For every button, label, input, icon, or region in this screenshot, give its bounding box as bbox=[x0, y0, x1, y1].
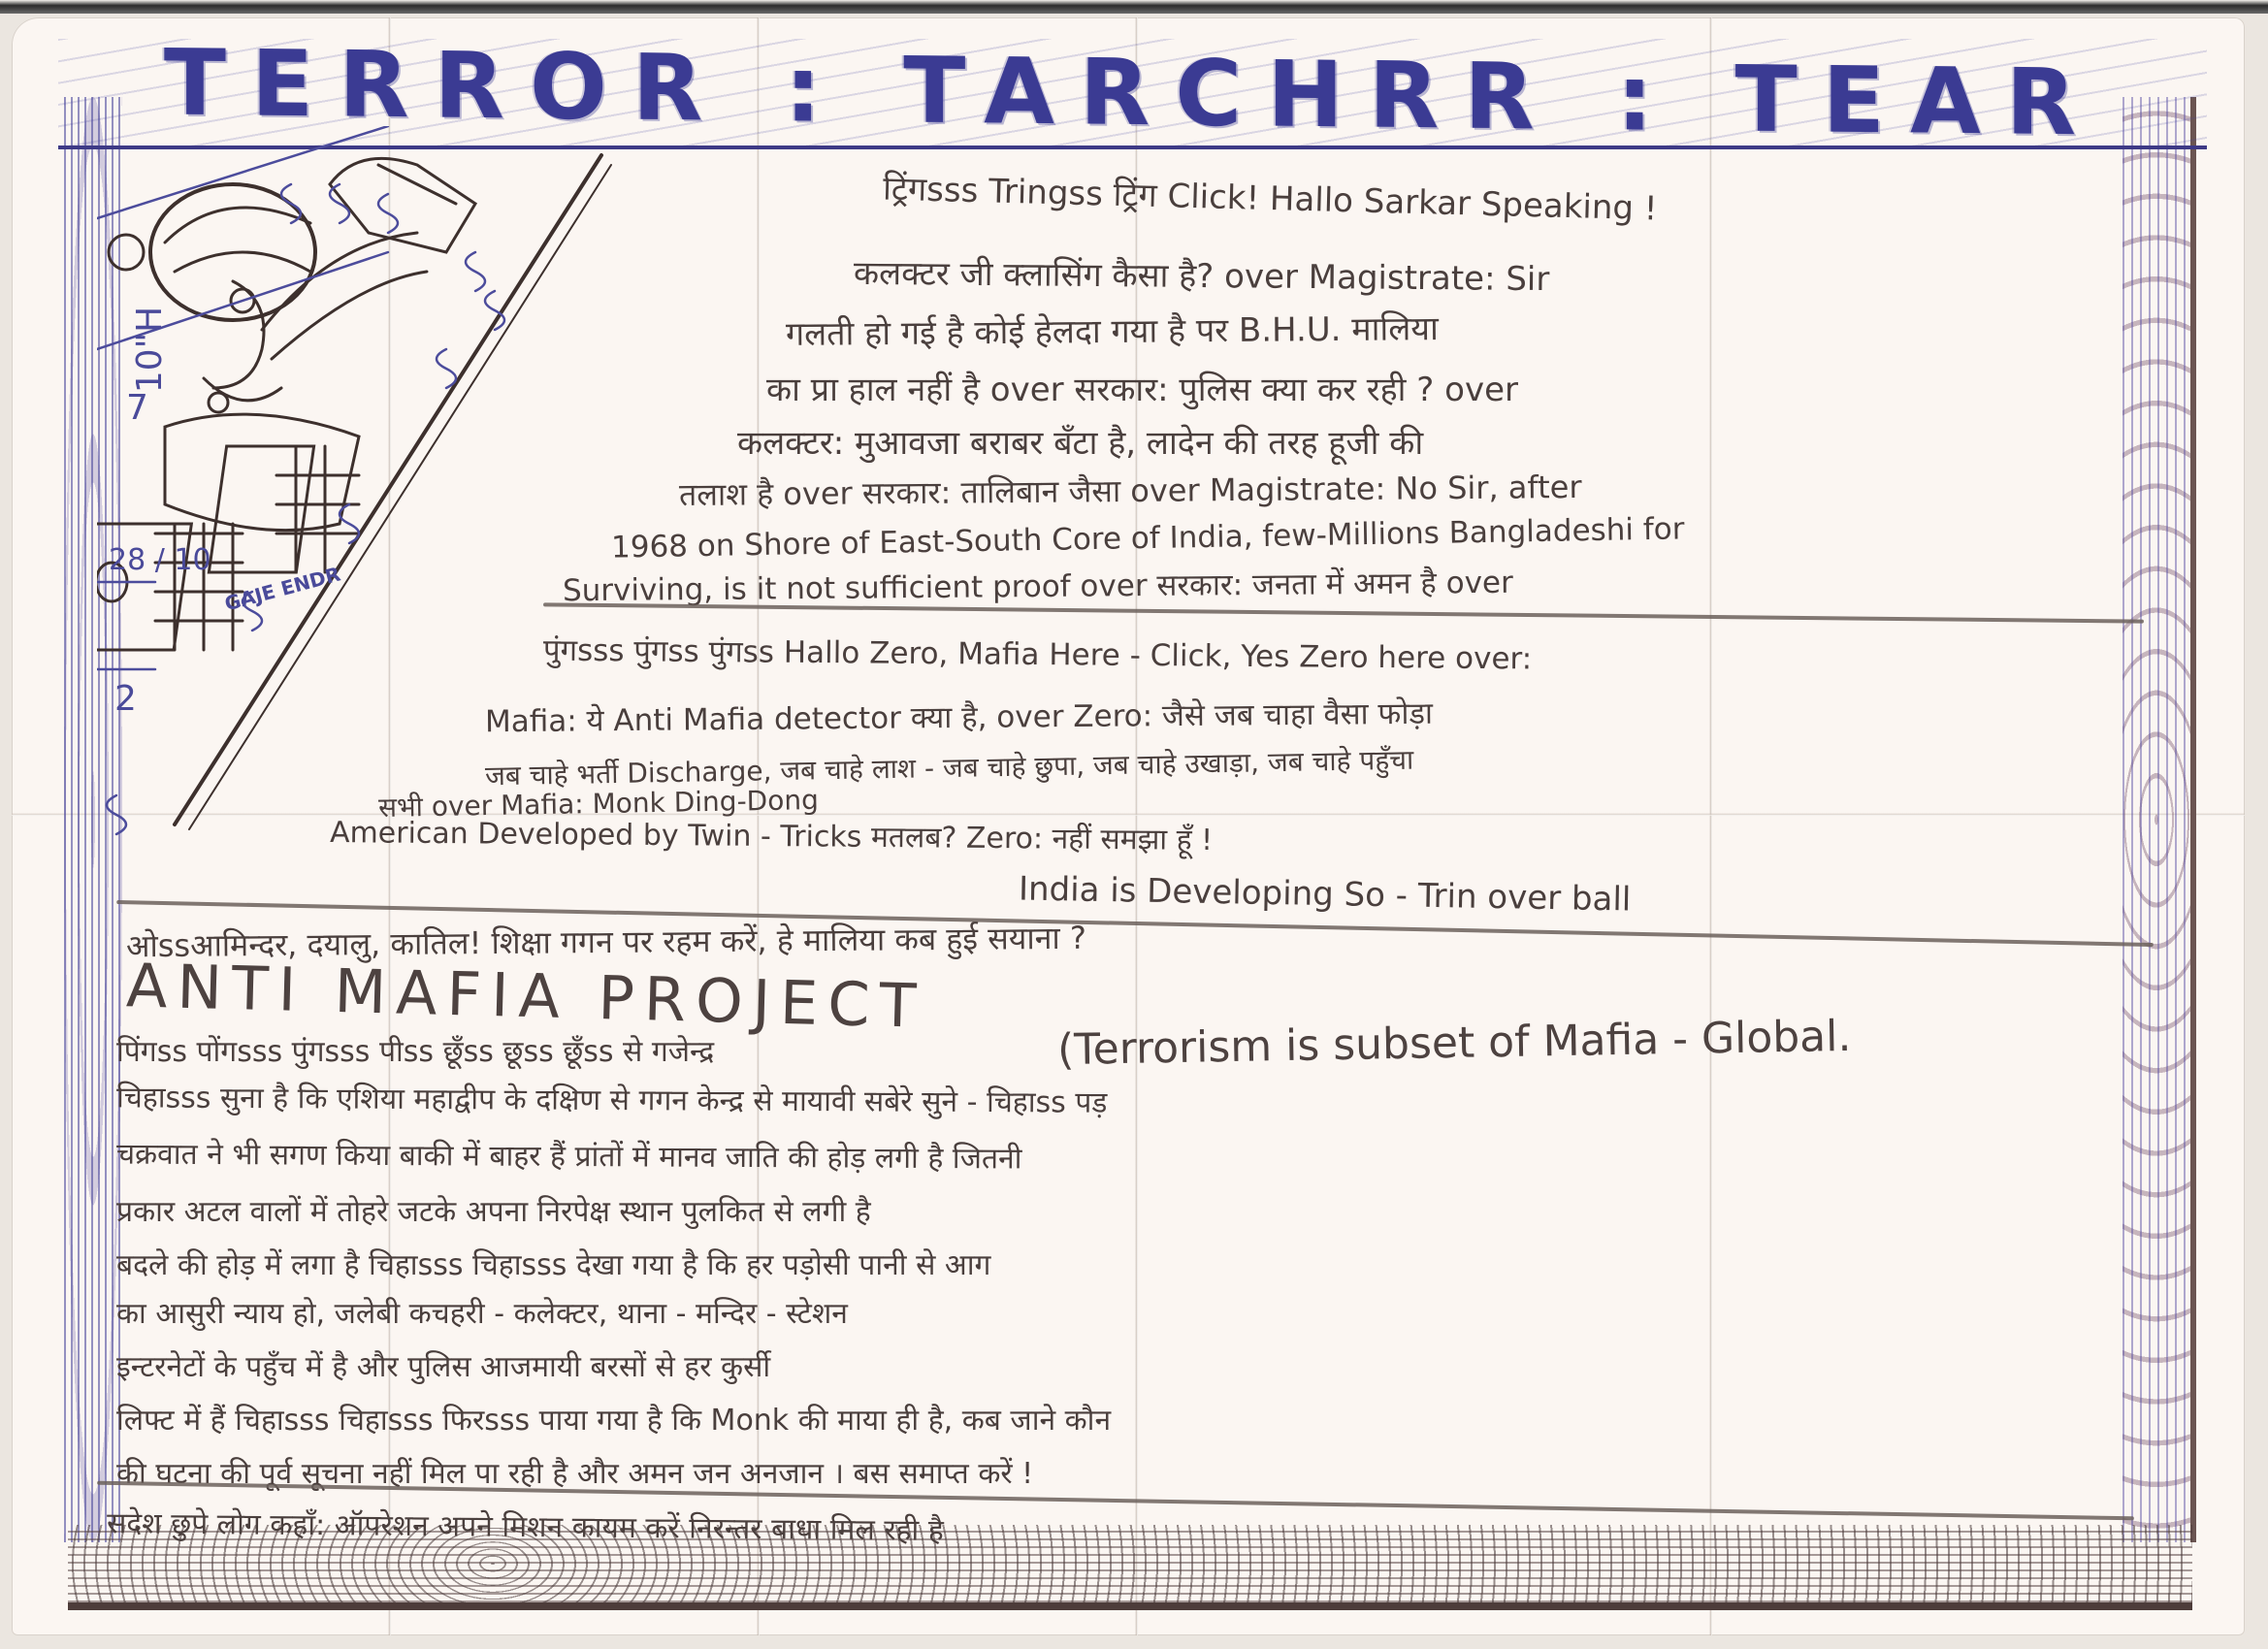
margin-note: 2 bbox=[114, 679, 137, 719]
text-line: कलक्टर: मुआवजा बराबर बँटा है, लादेन की त… bbox=[737, 427, 1423, 460]
text-line: लिफ्ट में हैं चिहाsss चिहाsss फिरsss पाय… bbox=[116, 1406, 1111, 1436]
margin-note: 7 bbox=[126, 388, 148, 428]
text-line: इन्टरनेटों के पहुँच में है और पुलिस आजमा… bbox=[116, 1353, 770, 1382]
text-line: Surviving, is it not sufficient proof ov… bbox=[563, 568, 1513, 607]
text-line: बदले की होड़ में लगा है चिहाsss चिहाsss … bbox=[116, 1251, 990, 1280]
fold-line bbox=[1709, 17, 1712, 1635]
scan-edge bbox=[0, 0, 2268, 14]
text-line: सदेश छुपे लोग कहाँ: ऑपरेशन अपने मिशन काय… bbox=[107, 1509, 944, 1546]
text-line: चक्रवात ने भी सगण किया बाकी में बाहर हैं… bbox=[116, 1141, 1022, 1175]
text-line: कलक्टर जी क्लासिंग कैसा है? over Magistr… bbox=[854, 257, 1550, 296]
text-line: गलती हो गई है कोई हेलदा गया है पर B.H.U.… bbox=[786, 312, 1439, 351]
text-line: India is Developing So - Trin over ball bbox=[1019, 872, 1632, 916]
text-line: पिंगss पोंगsss पुंगsss पीss छूँss छूss छ… bbox=[116, 1038, 714, 1067]
text-line: Mafia: ये Anti Mafia detector क्या है, o… bbox=[485, 699, 1433, 738]
margin-note: 10"H bbox=[130, 307, 170, 393]
text-line: चिहाsss सुना है कि एशिया महाद्वीप के दक्… bbox=[116, 1083, 1108, 1117]
margin-note: 28 / 10 bbox=[109, 543, 211, 577]
text-line: पुंगsss पुंगss पुंगss Hallo Zero, Mafia … bbox=[543, 636, 1532, 675]
text-line: American Developed by Twin - Tricks मतलब… bbox=[330, 819, 1213, 856]
text-line: प्रकार अटल वालों में तोहरे जटके अपना निर… bbox=[116, 1198, 871, 1227]
text-line: तलाश है over सरकार: तालिबान जैसा over Ma… bbox=[679, 471, 1582, 510]
text-line: का प्रा हाल नहीं है over सरकार: पुलिस क्… bbox=[766, 373, 1518, 406]
text-line: का आसुरी न्याय हो, जलेबी कचहरी - कलेक्टर… bbox=[116, 1300, 848, 1329]
